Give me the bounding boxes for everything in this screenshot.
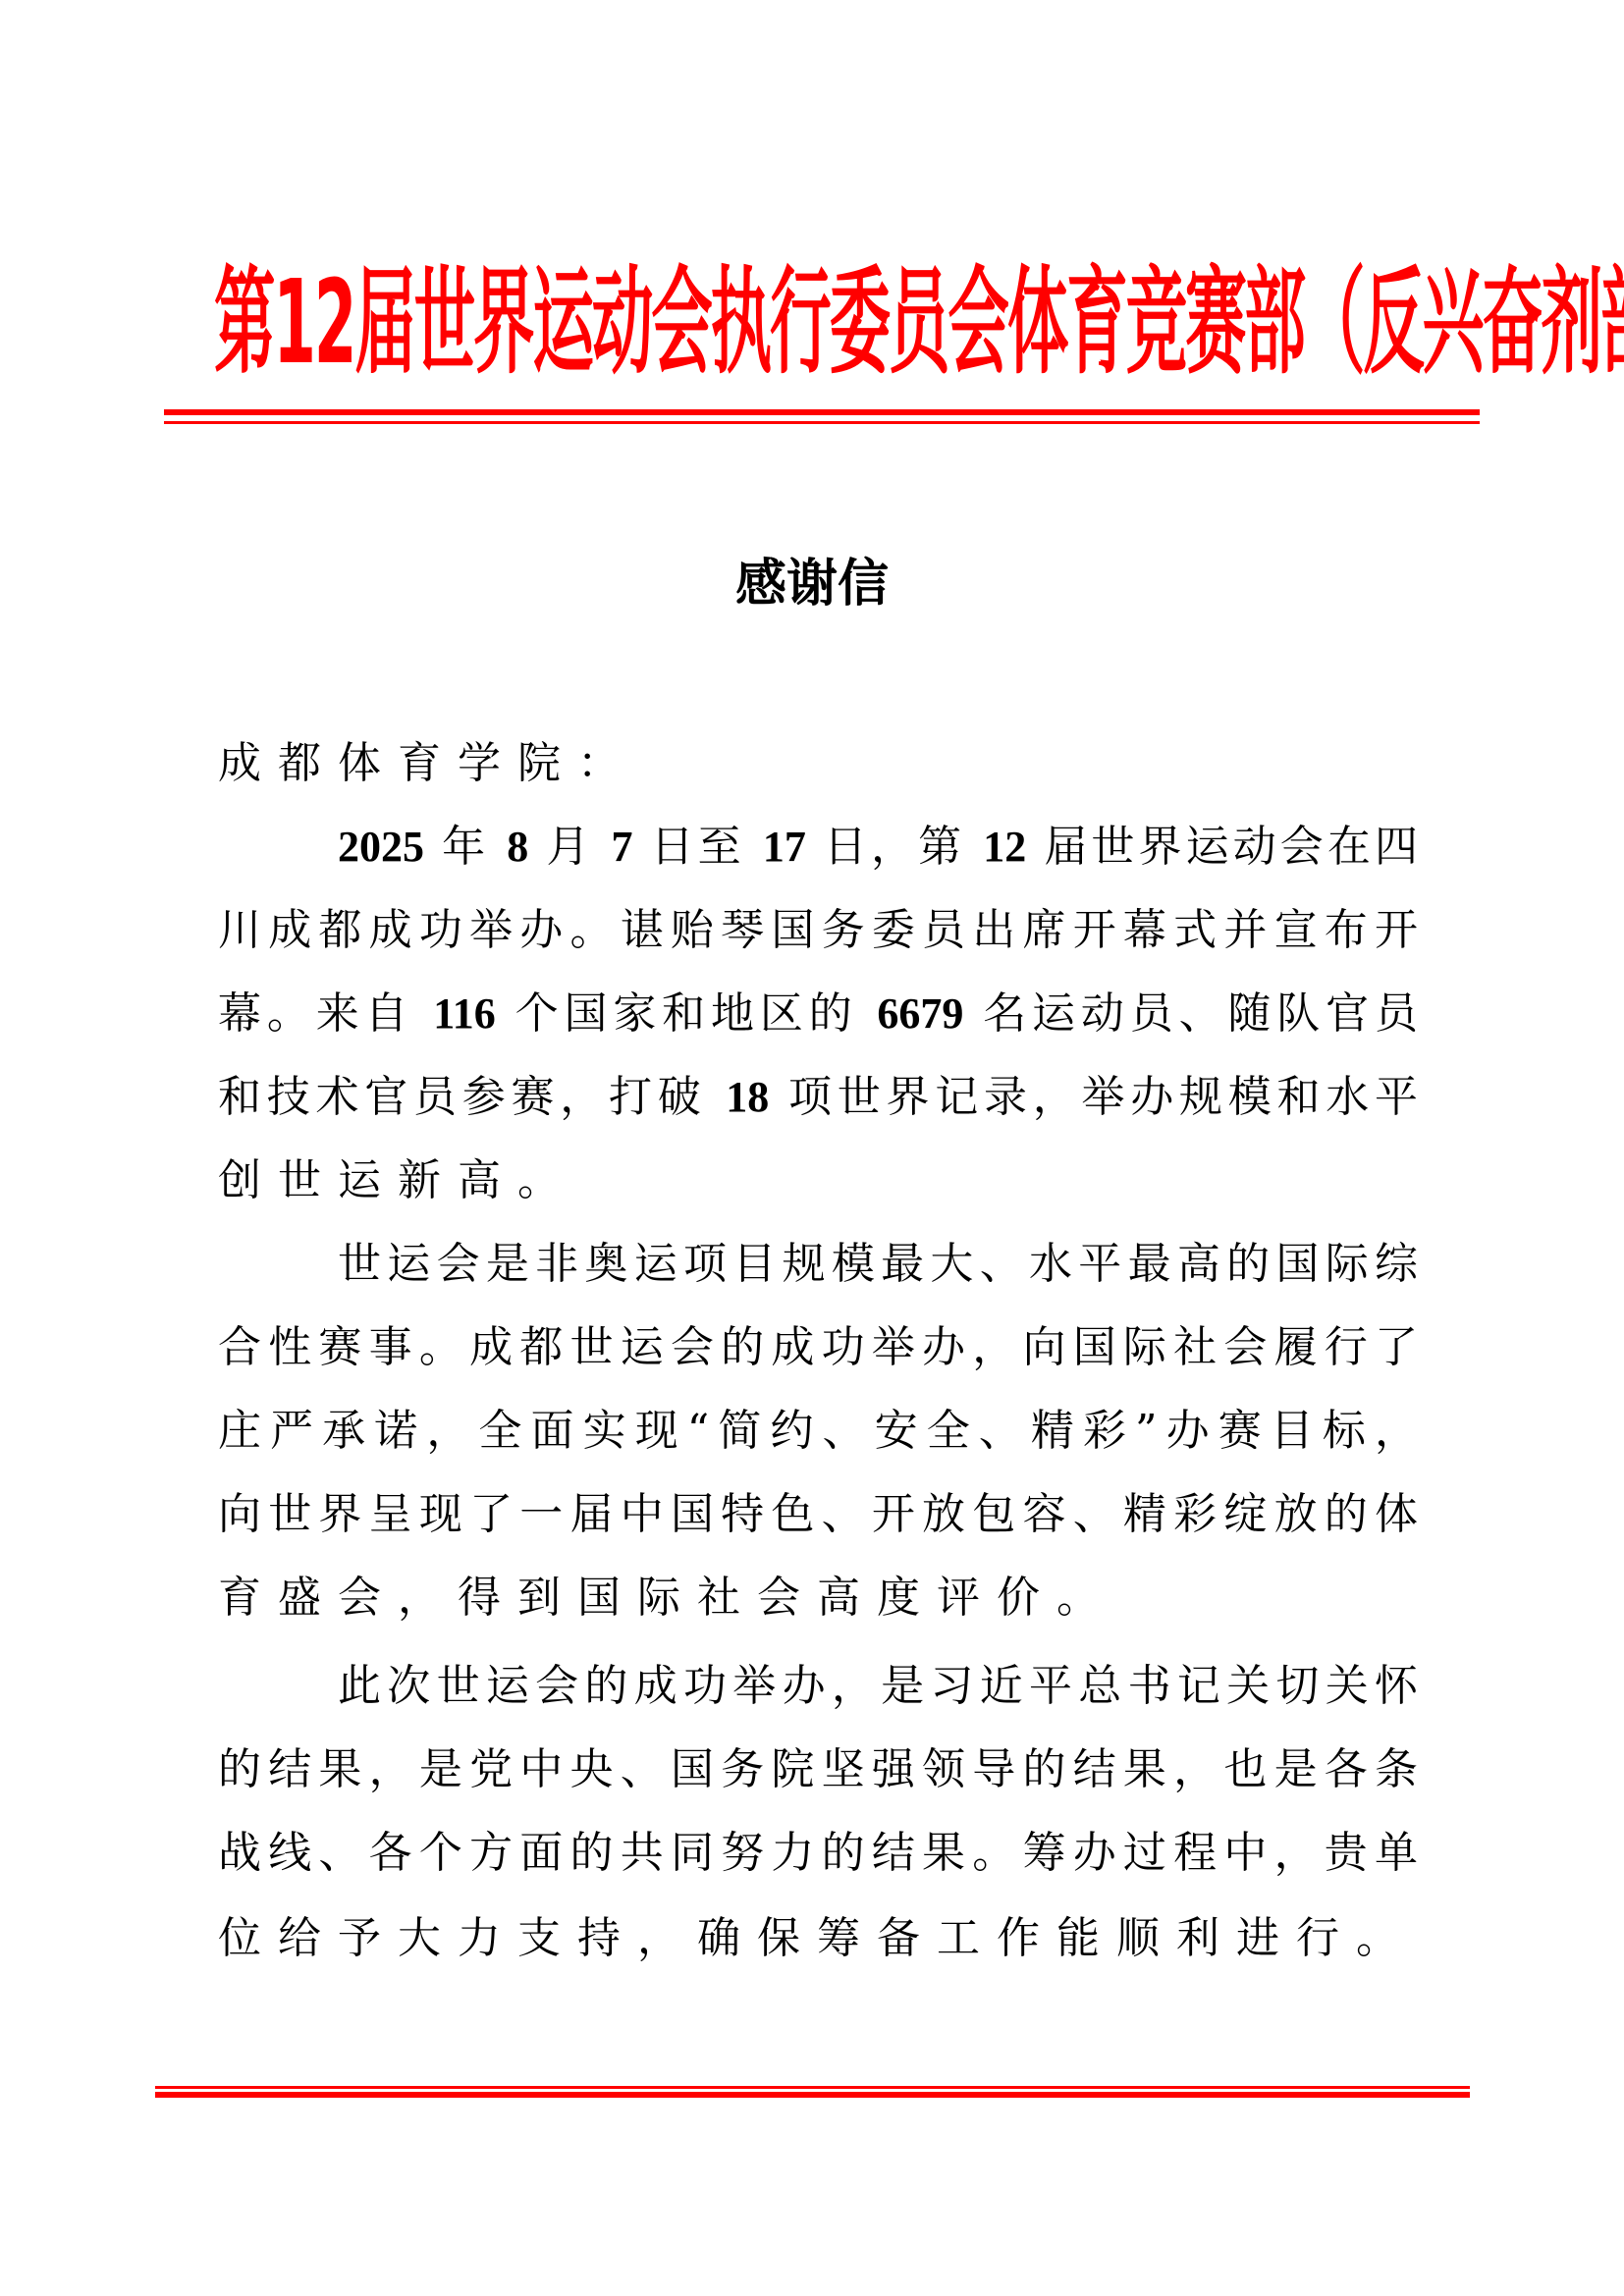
text: 名运动员、随队官员 xyxy=(963,988,1418,1039)
letterhead-rule-thick xyxy=(164,409,1480,415)
paragraph-3-line-3: 战线、各个方面的共同努力的结果。筹办过程中，贵单 xyxy=(218,1811,1418,1896)
paragraph-3-line-1: 此次世运会的成功举办，是习近平总书记关切关怀 xyxy=(338,1644,1418,1729)
text: 届世界运动会在四 xyxy=(1026,822,1418,872)
footer-rule-thick xyxy=(155,2092,1470,2098)
paragraph-1-line-2: 川成都成功举办。谌贻琴国务委员出席开幕式并宣布开 xyxy=(218,888,1418,973)
text: 年 xyxy=(424,822,507,872)
paragraph-3-line-2: 的结果，是党中央、国务院坚强领导的结果，也是各条 xyxy=(218,1728,1418,1812)
text: 和技术官员参赛，打破 xyxy=(218,1072,726,1122)
letterhead-title: 第12届世界运动会执行委员会体育竞赛部（反兴奋剂部） xyxy=(214,243,880,400)
paragraph-1-line-4: 和技术官员参赛，打破 18 项世界记录，举办规模和水平 xyxy=(218,1055,1418,1140)
text: 日，第 xyxy=(806,822,983,872)
paragraph-1-line-5: 创世运新高。 xyxy=(218,1139,1418,1223)
paragraph-2-line-3: 庄严承诺，全面实现“简约、安全、精彩”办赛目标， xyxy=(218,1389,1418,1473)
text: 个国家和地区的 xyxy=(496,988,878,1039)
athletes-count: 6679 xyxy=(877,989,963,1038)
month-value: 8 xyxy=(507,823,528,871)
paragraph-2-line-2: 合性赛事。成都世运会的成功举办，向国际社会履行了 xyxy=(218,1306,1418,1390)
countries-count: 116 xyxy=(433,989,496,1038)
paragraph-2-line-5: 育盛会，得到国际社会高度评价。 xyxy=(218,1556,1418,1640)
letterhead-rule-thin xyxy=(164,421,1480,424)
text: 月 xyxy=(528,822,611,872)
year-value: 2025 xyxy=(338,823,424,871)
document-title: 感谢信 xyxy=(0,550,1624,618)
text: 日至 xyxy=(633,822,763,872)
text: 幕。来自 xyxy=(218,988,433,1039)
start-day-value: 7 xyxy=(612,823,633,871)
paragraph-1-line-3: 幕。来自 116 个国家和地区的 6679 名运动员、随队官员 xyxy=(218,972,1418,1056)
records-count: 18 xyxy=(726,1073,769,1121)
text: 项世界记录，举办规模和水平 xyxy=(769,1072,1418,1122)
paragraph-3-line-4: 位给予大力支持，确保筹备工作能顺利进行。 xyxy=(218,1896,1418,1981)
end-day-value: 17 xyxy=(763,823,806,871)
paragraph-2-line-1: 世运会是非奥运项目规模最大、水平最高的国际综 xyxy=(338,1222,1418,1307)
paragraph-1-line-1: 2025 年 8 月 7 日至 17 日，第 12 届世界运动会在四 xyxy=(338,805,1418,889)
salutation: 成都体育学院： xyxy=(218,721,1418,806)
footer-rule-thin xyxy=(155,2086,1470,2089)
paragraph-2-line-4: 向世界呈现了一届中国特色、开放包容、精彩绽放的体 xyxy=(218,1472,1418,1557)
edition-value: 12 xyxy=(983,823,1026,871)
